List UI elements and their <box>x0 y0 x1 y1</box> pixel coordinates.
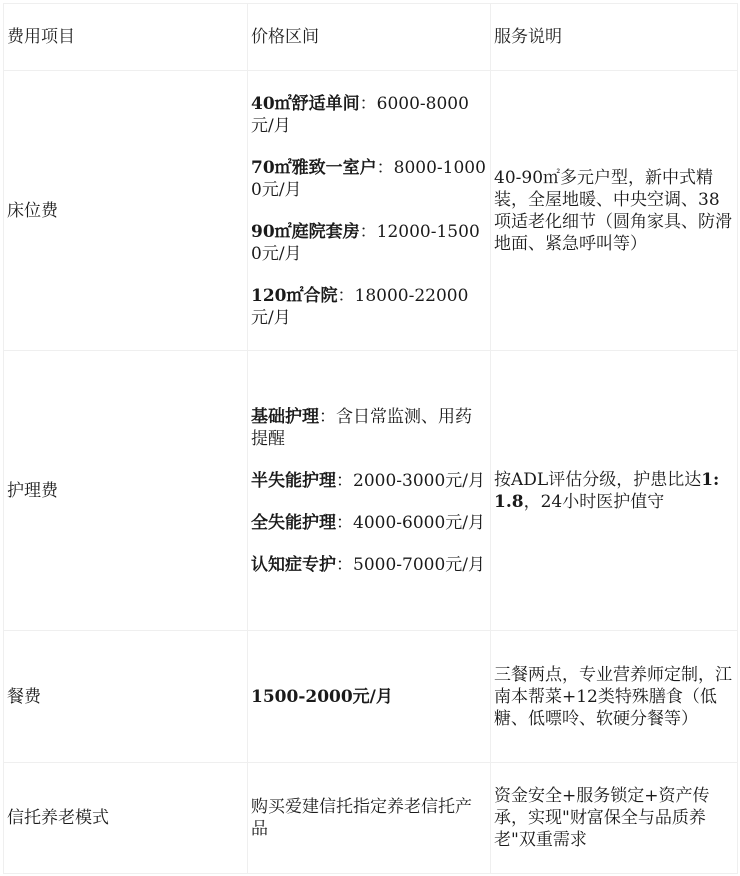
price-entry: 认知症专护：5000-7000元/月 <box>251 554 487 576</box>
price-entry-label: 70㎡雅致一室户 <box>251 158 377 178</box>
service-description-cell: 资金安全+服务锁定+资产传承，实现"财富保全与品质养老"双重需求 <box>491 763 738 874</box>
fee-item-cell: 餐费 <box>4 631 248 763</box>
price-entry-label: 认知症专护 <box>251 555 336 575</box>
price-entry-label: 半失能护理 <box>251 471 336 491</box>
meal-price: 1500-2000元/月 <box>251 687 393 707</box>
price-entry-value: ：4000-6000元/月 <box>336 513 485 533</box>
header-service-description: 服务说明 <box>491 4 738 71</box>
price-entry: 基础护理：含日常监测、用药提醒 <box>251 406 487 450</box>
price-range-cell: 1500-2000元/月 <box>248 631 491 763</box>
fee-item-cell: 护理费 <box>4 351 248 631</box>
description-text: ，24小时医护值守 <box>524 492 665 512</box>
price-entry: 90㎡庭院套房：12000-15000元/月 <box>251 221 487 265</box>
table-row-bed-fee: 床位费 40㎡舒适单间：6000-8000元/月 70㎡雅致一室户：8000-1… <box>4 71 738 351</box>
price-range-cell: 基础护理：含日常监测、用药提醒 半失能护理：2000-3000元/月 全失能护理… <box>248 351 491 631</box>
service-description-cell: 三餐两点，专业营养师定制，江南本帮菜+12类特殊膳食（低糖、低嘌呤、软硬分餐等） <box>491 631 738 763</box>
price-entry-value: ：2000-3000元/月 <box>336 471 485 491</box>
table-row-nursing-fee: 护理费 基础护理：含日常监测、用药提醒 半失能护理：2000-3000元/月 全… <box>4 351 738 631</box>
price-entry-label: 全失能护理 <box>251 513 336 533</box>
fee-item-cell: 信托养老模式 <box>4 763 248 874</box>
price-entry: 120㎡合院：18000-22000元/月 <box>251 285 487 329</box>
price-entry-label: 90㎡庭院套房 <box>251 222 360 242</box>
service-description-cell: 40-90㎡多元户型，新中式精装，全屋地暖、中央空调、38项适老化细节（圆角家具… <box>491 71 738 351</box>
price-range-cell: 购买爱建信托指定养老信托产品 <box>248 763 491 874</box>
price-entry-label: 基础护理 <box>251 407 319 427</box>
header-fee-item: 费用项目 <box>4 4 248 71</box>
price-entry-label: 120㎡合院 <box>251 286 338 306</box>
price-entry: 半失能护理：2000-3000元/月 <box>251 470 487 492</box>
service-description-cell: 按ADL评估分级，护患比达1:1.8，24小时医护值守 <box>491 351 738 631</box>
header-price-range: 价格区间 <box>248 4 491 71</box>
price-entry: 40㎡舒适单间：6000-8000元/月 <box>251 93 487 137</box>
price-entry-label: 40㎡舒适单间 <box>251 94 360 114</box>
fee-table: 费用项目 价格区间 服务说明 床位费 40㎡舒适单间：6000-8000元/月 … <box>3 3 738 874</box>
fee-item-cell: 床位费 <box>4 71 248 351</box>
price-range-cell: 40㎡舒适单间：6000-8000元/月 70㎡雅致一室户：8000-10000… <box>248 71 491 351</box>
table-row-trust-mode: 信托养老模式 购买爱建信托指定养老信托产品 资金安全+服务锁定+资产传承，实现"… <box>4 763 738 874</box>
price-entry: 70㎡雅致一室户：8000-10000元/月 <box>251 157 487 201</box>
price-entry: 全失能护理：4000-6000元/月 <box>251 512 487 534</box>
price-entry-value: ：5000-7000元/月 <box>336 555 485 575</box>
table-row-meal-fee: 餐费 1500-2000元/月 三餐两点，专业营养师定制，江南本帮菜+12类特殊… <box>4 631 738 763</box>
description-text: 按ADL评估分级，护患比达 <box>494 470 701 490</box>
table-header-row: 费用项目 价格区间 服务说明 <box>4 4 738 71</box>
